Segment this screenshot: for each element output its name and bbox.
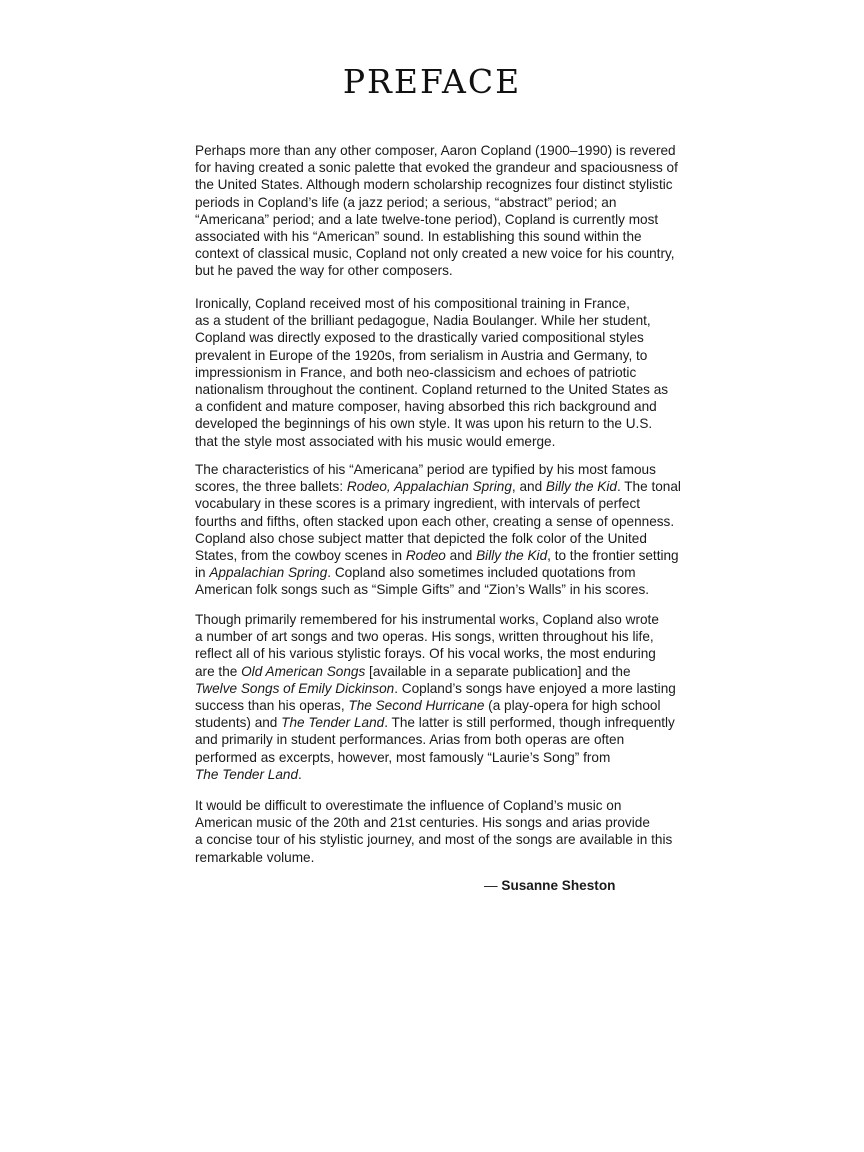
text-line: developed the beginnings of his own styl… [195,415,675,432]
text-line: Though primarily remembered for his inst… [195,611,675,628]
text-segment: in [195,565,209,580]
text-segment: . The latter is still performed, though … [384,715,675,730]
text-segment: American folk songs such as “Simple Gift… [195,582,649,597]
italic-title: Twelve Songs of Emily Dickinson [195,681,394,696]
text-segment: impressionism in France, and both neo-cl… [195,365,636,380]
text-segment: [available in a separate publication] an… [365,664,630,679]
text-segment: Perhaps more than any other composer, Aa… [195,143,676,158]
paragraph: Ironically, Copland received most of his… [195,295,675,450]
text-segment: (a play-opera for high school [484,698,660,713]
text-segment: scores, the three ballets: [195,479,347,494]
text-segment: as a student of the brilliant pedagogue,… [195,313,651,328]
text-segment: for having created a sonic palette that … [195,160,678,175]
italic-title: The Tender Land [281,715,384,730]
text-line: Copland was directly exposed to the dras… [195,329,675,346]
text-line: The characteristics of his “Americana” p… [195,461,675,478]
paragraph: The characteristics of his “Americana” p… [195,461,675,599]
text-segment: , to the frontier setting [547,548,678,563]
text-segment: a confident and mature composer, having … [195,399,657,414]
paragraph: Though primarily remembered for his inst… [195,611,675,783]
text-segment: context of classical music, Copland not … [195,246,675,261]
text-segment: American music of the 20th and 21st cent… [195,815,650,830]
text-line: a concise tour of his stylistic journey,… [195,831,675,848]
signature-author: Susanne Sheston [501,878,615,893]
text-line: a confident and mature composer, having … [195,398,675,415]
text-segment: a number of art songs and two operas. Hi… [195,629,654,644]
text-line: The Tender Land. [195,766,675,783]
text-line: remarkable volume. [195,849,675,866]
text-line: students) and The Tender Land. The latte… [195,714,675,731]
text-line: periods in Copland’s life (a jazz period… [195,194,675,211]
text-line: vocabulary in these scores is a primary … [195,495,675,512]
text-line: are the Old American Songs [available in… [195,663,675,680]
text-segment: States, from the cowboy scenes in [195,548,406,563]
text-segment: students) and [195,715,281,730]
italic-title: The Second Hurricane [348,698,484,713]
text-segment: Copland also chose subject matter that d… [195,531,647,546]
text-segment: remarkable volume. [195,850,314,865]
text-line: performed as excerpts, however, most fam… [195,749,675,766]
signature: — Susanne Sheston [484,878,615,893]
text-line: Twelve Songs of Emily Dickinson. Copland… [195,680,675,697]
text-segment: that the style most associated with his … [195,434,555,449]
text-line: impressionism in France, and both neo-cl… [195,364,675,381]
text-line: nationalism throughout the continent. Co… [195,381,675,398]
text-segment: Ironically, Copland received most of his… [195,296,630,311]
paragraph: It would be difficult to overestimate th… [195,797,675,866]
text-segment: fourths and fifths, often stacked upon e… [195,514,674,529]
page-title: PREFACE [0,62,864,101]
text-segment: vocabulary in these scores is a primary … [195,496,640,511]
text-line: associated with his “American” sound. In… [195,228,675,245]
text-segment: Copland was directly exposed to the dras… [195,330,644,345]
text-segment: are the [195,664,241,679]
text-line: American folk songs such as “Simple Gift… [195,581,675,598]
italic-title: Old American Songs [241,664,365,679]
text-segment: . Copland also sometimes included quotat… [327,565,635,580]
text-line: success than his operas, The Second Hurr… [195,697,675,714]
text-line: reflect all of his various stylistic for… [195,645,675,662]
text-segment: prevalent in Europe of the 1920s, from s… [195,348,647,363]
text-line: States, from the cowboy scenes in Rodeo … [195,547,675,564]
text-line: as a student of the brilliant pedagogue,… [195,312,675,329]
text-line: the United States. Although modern schol… [195,176,675,193]
text-line: Copland also chose subject matter that d… [195,530,675,547]
text-segment: Though primarily remembered for his inst… [195,612,659,627]
text-segment: , and [512,479,546,494]
text-segment: “Americana” period; and a late twelve-to… [195,212,658,227]
italic-title: Billy the Kid [476,548,547,563]
text-line: but he paved the way for other composers… [195,262,675,279]
text-line: and primarily in student performances. A… [195,731,675,748]
text-segment: but he paved the way for other composers… [195,263,453,278]
italic-title: Billy the Kid [546,479,617,494]
text-segment: nationalism throughout the continent. Co… [195,382,668,397]
text-segment: performed as excerpts, however, most fam… [195,750,610,765]
italic-title: The Tender Land [195,767,298,782]
text-segment: . [298,767,302,782]
text-line: prevalent in Europe of the 1920s, from s… [195,347,675,364]
text-line: American music of the 20th and 21st cent… [195,814,675,831]
italic-title: Rodeo [406,548,446,563]
text-segment: developed the beginnings of his own styl… [195,416,652,431]
italic-title: Rodeo, Appalachian Spring [347,479,512,494]
text-segment: and primarily in student performances. A… [195,732,624,747]
text-segment: a concise tour of his stylistic journey,… [195,832,672,847]
text-segment: reflect all of his various stylistic for… [195,646,656,661]
text-line: fourths and fifths, often stacked upon e… [195,513,675,530]
text-line: It would be difficult to overestimate th… [195,797,675,814]
text-line: “Americana” period; and a late twelve-to… [195,211,675,228]
text-line: for having created a sonic palette that … [195,159,675,176]
text-segment: The characteristics of his “Americana” p… [195,462,656,477]
text-segment: . Copland’s songs have enjoyed a more la… [394,681,676,696]
text-line: that the style most associated with his … [195,433,675,450]
italic-title: Appalachian Spring [209,565,327,580]
text-line: a number of art songs and two operas. Hi… [195,628,675,645]
signature-dash: — [484,878,501,893]
text-segment: periods in Copland’s life (a jazz period… [195,195,616,210]
paragraph: Perhaps more than any other composer, Aa… [195,142,675,280]
text-segment: . The tonal [617,479,681,494]
text-line: context of classical music, Copland not … [195,245,675,262]
text-line: Ironically, Copland received most of his… [195,295,675,312]
text-line: in Appalachian Spring. Copland also some… [195,564,675,581]
text-segment: the United States. Although modern schol… [195,177,673,192]
text-line: scores, the three ballets: Rodeo, Appala… [195,478,675,495]
text-line: Perhaps more than any other composer, Aa… [195,142,675,159]
text-segment: It would be difficult to overestimate th… [195,798,621,813]
text-segment: and [446,548,476,563]
text-segment: success than his operas, [195,698,348,713]
text-segment: associated with his “American” sound. In… [195,229,642,244]
